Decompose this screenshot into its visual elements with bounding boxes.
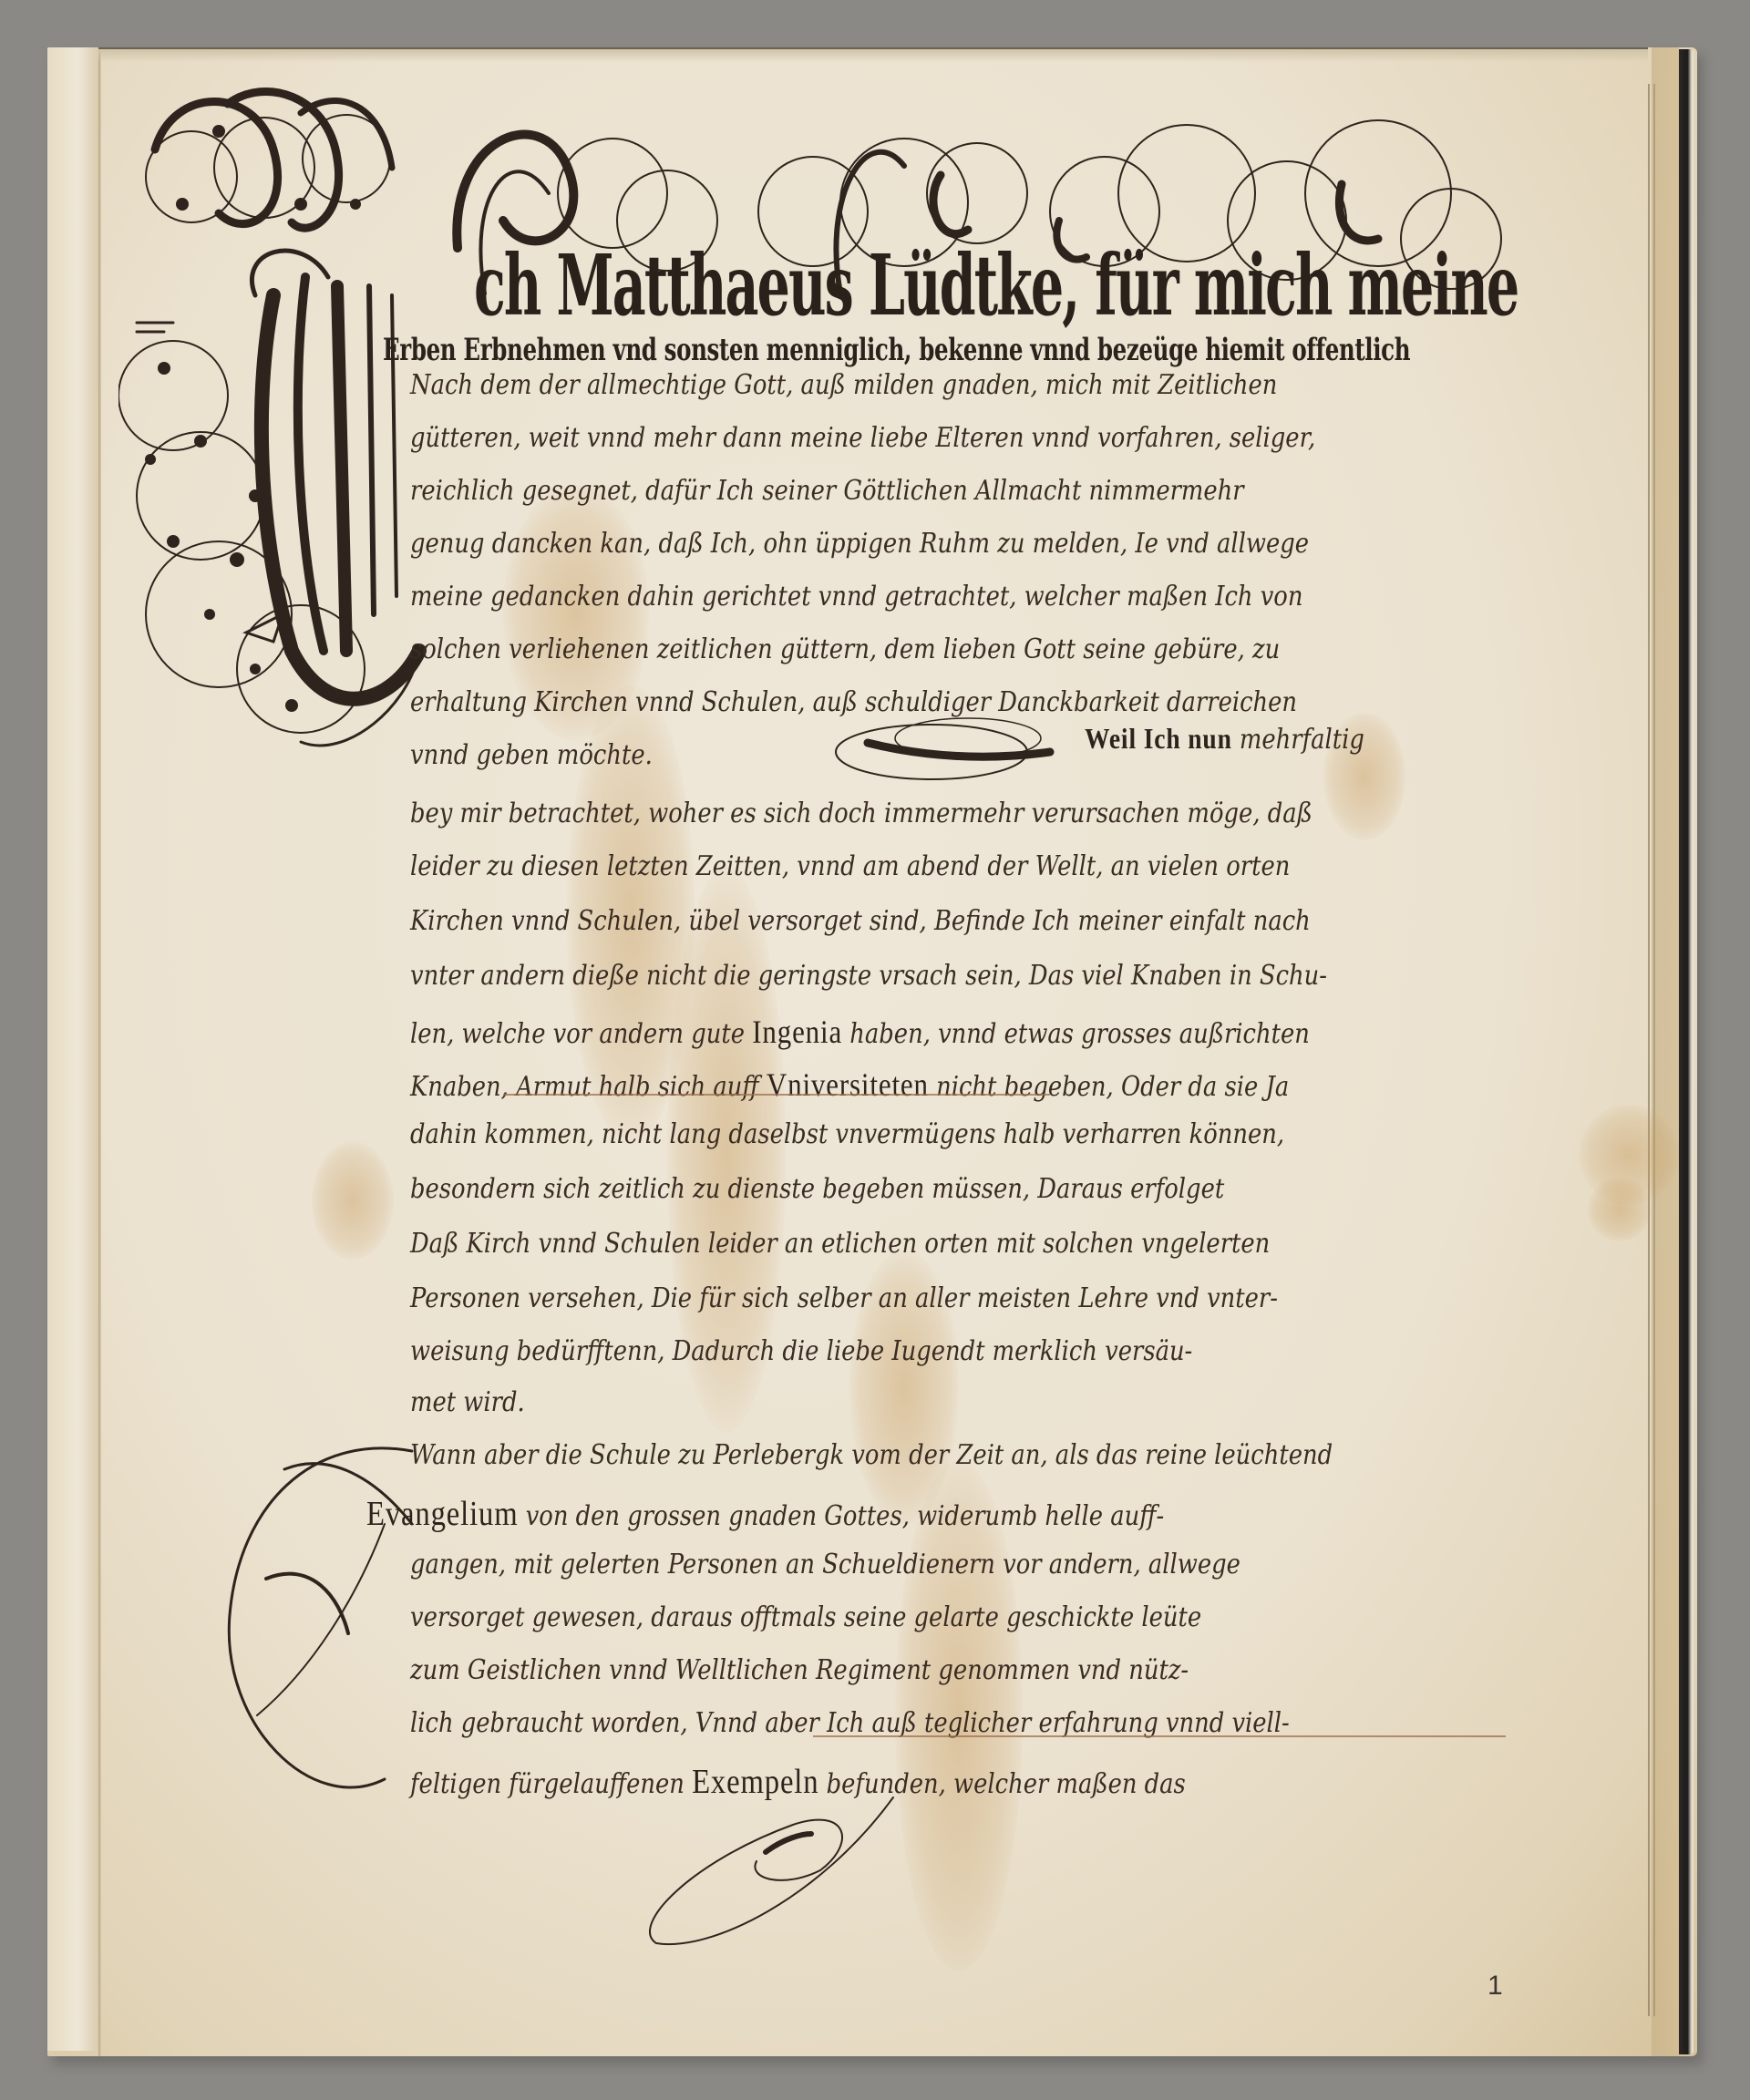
body-line-universiteten: Knaben, Armut halb sich auff Vniversitet… [410,1068,1289,1101]
margin-rule [1648,84,1650,2016]
universiteten-after: nicht begeben, Oder da sie Ja [929,1071,1289,1103]
underline-mark [813,1735,1506,1737]
binding-strip [1679,49,1693,2054]
exempeln-after: befunden, welcher maßen das [818,1768,1185,1800]
body-line: leider zu diesen letzten Zeitten, vnnd a… [410,853,1290,880]
gutter-fold [98,47,101,2056]
page-number: 1 [1487,1971,1503,2002]
body-line: reichlich gesegnet, dafür Ich seiner Göt… [410,478,1244,505]
body-line-ingenia: len, welche vor andern gute Ingenia habe… [410,1015,1310,1048]
body-line: Wann aber die Schule zu Perlebergk vom d… [410,1442,1333,1469]
body-line-evangelium: Evangelium von den grossen gnaden Gottes… [366,1497,1164,1531]
underline-mark [503,1094,1050,1096]
page-top-edge [98,47,1648,62]
body-line: vnter andern dieße nicht die geringste v… [410,962,1327,990]
ingenia-after: haben, vnnd etwas grosses außrichten [842,1018,1310,1050]
body-line: weisung bedürfftenn, Dadurch die liebe I… [410,1338,1192,1365]
exempeln-word: Exempeln [692,1763,818,1801]
water-stain [312,1141,394,1260]
large-w-swash-icon [202,1415,439,1843]
body-line: besondern sich zeitlich zu dienste begeb… [410,1176,1224,1203]
exempeln-before: feltigen fürgelauffenen [410,1768,692,1800]
right-edge-band [1652,47,1679,2056]
body-line: zum Geistlichen vnnd Welltlichen Regimen… [410,1657,1189,1684]
bottom-swash-icon [638,1788,911,1952]
decorated-initial [118,67,447,769]
weil-phrase-word: Weil Ich nun [1085,722,1232,755]
body-line: solchen verliehenen zeitlichen güttern, … [410,636,1280,664]
margin-rule-inner [1653,84,1655,2016]
body-line: dahin kommen, nicht lang daselbst vnverm… [410,1121,1284,1148]
universiteten-before: Knaben, Armut halb sich auff [410,1071,767,1103]
body-line: bey mir betrachtet, woher es sich doch i… [410,800,1312,828]
body-line: Personen versehen, Die für sich selber a… [410,1285,1278,1312]
water-stain [1588,1178,1652,1241]
body-line: meine gedancken dahin gerichtet vnnd get… [410,583,1302,611]
evangelium-after: von den grossen gnaden Gottes, widerumb … [519,1500,1165,1532]
body-line: Kirchen vnnd Schulen, übel versorget sin… [410,908,1311,935]
body-line: versorget gewesen, daraus offtmals seine… [410,1604,1201,1632]
evangelium-word: Evangelium [366,1495,519,1533]
headline-subtitle: Erben Erbnehmen vnd sonsten menniglich, … [383,332,1410,368]
body-line: Nach dem der allmechtige Gott, auß milde… [410,372,1277,399]
body-line: met wird. [410,1389,525,1416]
weil-phrase-after: mehrfaltig [1232,724,1364,756]
body-line: Daß Kirch vnnd Schulen leider an etliche… [410,1230,1270,1258]
body-line-exempeln: feltigen fürgelauffenen Exempeln befunde… [410,1765,1186,1799]
body-line: genug dancken kan, daß Ich, ohn üppigen … [410,530,1309,558]
manuscript-page: I ch Matthaeus Lüdtke, für mich meine Er… [47,47,1697,2056]
left-page-flap [47,47,100,2051]
headline-title: I ch Matthaeus Lüdtke, für mich meine [474,243,1518,327]
body-line: erhaltung Kirchen vnnd Schulen, auß schu… [410,689,1297,716]
body-line: gütteren, weit vnnd mehr dann meine lieb… [410,425,1315,452]
ingenia-before: len, welche vor andern gute [410,1018,752,1050]
body-line: vnnd geben möchte. [410,742,653,769]
body-line: lich gebraucht worden, Vnnd aber Ich auß… [410,1710,1290,1737]
initial-flourish-icon [118,67,447,769]
weil-phrase: Weil Ich nun mehrfaltig [1085,724,1364,754]
universiteten-word: Vniversiteten [767,1066,929,1103]
ingenia-word: Ingenia [752,1014,842,1050]
body-line: gangen, mit gelerten Personen an Schueld… [410,1551,1240,1579]
headline-title-text: ch Matthaeus Lüdtke, für mich meine [474,236,1518,335]
